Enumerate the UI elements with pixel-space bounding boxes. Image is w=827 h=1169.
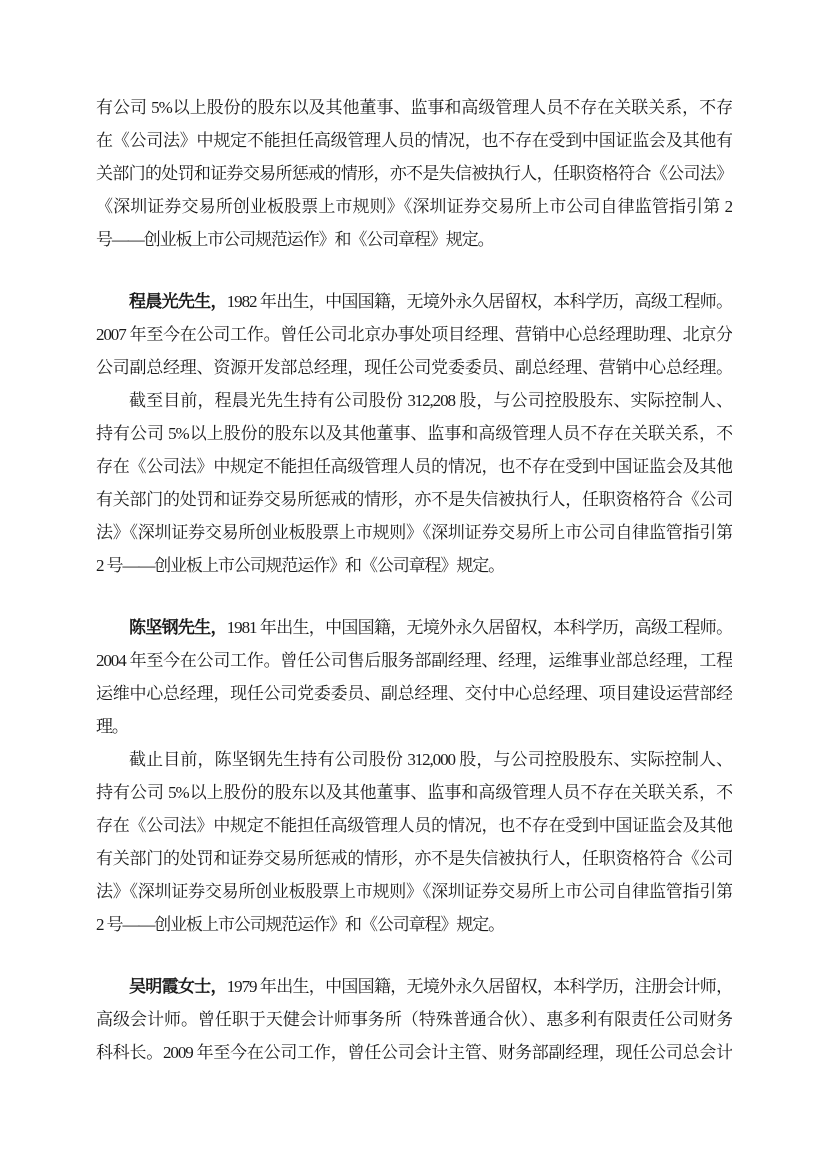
text-line: 截止目前，陈坚钢先生持有公司股份 312,000 股，与公司控股股东、实际控制人…: [96, 743, 732, 776]
text-line: 高级会计师。曾任职于天健会计师事务所（特殊普通合伙）、惠多利有限责任公司财务: [96, 1003, 732, 1036]
bio-intro-chen-jiangang: 陈坚钢先生，1981 年出生，中国国籍，无境外永久居留权，本科学历，高级工程师。…: [96, 611, 732, 743]
holdings-cheng-chenguang: 截至目前，程晨光先生持有公司股份 312,208 股，与公司控股股东、实际控制人…: [96, 384, 732, 582]
text-line: 存在《公司法》中规定不能担任高级管理人员的情况，也不存在受到中国证监会及其他: [96, 450, 732, 483]
text-line: 理。: [96, 710, 732, 743]
text-line: 2 号——创业板上市公司规范运作》和《公司章程》规定。: [96, 549, 732, 582]
bio-opening-text: 1979 年出生，中国国籍，无境外永久居留权，本科学历，注册会计师，: [227, 977, 732, 996]
text-block: 有公司 5%以上股份的股东以及其他董事、监事和高级管理人员不存在关联关系，不存 …: [96, 91, 732, 1069]
bio-intro-wu-mingxia: 吴明霞女士，1979 年出生，中国国籍，无境外永久居留权，本科学历，注册会计师，…: [96, 970, 732, 1069]
text-line: 有公司 5%以上股份的股东以及其他董事、监事和高级管理人员不存在关联关系，不存: [96, 91, 732, 124]
section-gap: [96, 256, 732, 285]
paragraph-continuation: 有公司 5%以上股份的股东以及其他董事、监事和高级管理人员不存在关联关系，不存 …: [96, 91, 732, 256]
holdings-chen-jiangang: 截止目前，陈坚钢先生持有公司股份 312,000 股，与公司控股股东、实际控制人…: [96, 743, 732, 941]
text-line: 有关部门的处罚和证券交易所惩戒的情形，亦不是失信被执行人，任职资格符合《公司: [96, 483, 732, 516]
text-line: 2007 年至今在公司工作。曾任公司北京办事处项目经理、营销中心总经理助理、北京…: [96, 318, 732, 351]
person-name-bold: 吴明霞女士，: [129, 977, 227, 996]
text-line: 截至目前，程晨光先生持有公司股份 312,208 股，与公司控股股东、实际控制人…: [96, 384, 732, 417]
text-line: 有关部门的处罚和证券交易所惩戒的情形，亦不是失信被执行人，任职资格符合《公司: [96, 842, 732, 875]
section-gap: [96, 941, 732, 970]
section-gap: [96, 582, 732, 611]
bio-intro-cheng-chenguang: 程晨光先生，1982 年出生，中国国籍，无境外永久居留权，本科学历，高级工程师。…: [96, 285, 732, 384]
document-page: 有公司 5%以上股份的股东以及其他董事、监事和高级管理人员不存在关联关系，不存 …: [0, 0, 827, 1169]
text-line: 法》《深圳证券交易所创业板股票上市规则》《深圳证券交易所上市公司自律监管指引第: [96, 516, 732, 549]
person-name-bold: 陈坚钢先生，: [129, 618, 227, 637]
text-line: 在《公司法》中规定不能担任高级管理人员的情况，也不存在受到中国证监会及其他有: [96, 124, 732, 157]
text-line: 2 号——创业板上市公司规范运作》和《公司章程》规定。: [96, 908, 732, 941]
text-line: 法》《深圳证券交易所创业板股票上市规则》《深圳证券交易所上市公司自律监管指引第: [96, 875, 732, 908]
text-line: 程晨光先生，1982 年出生，中国国籍，无境外永久居留权，本科学历，高级工程师。: [96, 285, 732, 318]
text-line: 陈坚钢先生，1981 年出生，中国国籍，无境外永久居留权，本科学历，高级工程师。: [96, 611, 732, 644]
text-line: 《深圳证券交易所创业板股票上市规则》《深圳证券交易所上市公司自律监管指引第 2: [96, 190, 732, 223]
text-line: 号——创业板上市公司规范运作》和《公司章程》规定。: [96, 223, 732, 256]
text-line: 关部门的处罚和证券交易所惩戒的情形，亦不是失信被执行人，任职资格符合《公司法》: [96, 157, 732, 190]
bio-opening-text: 1981 年出生，中国国籍，无境外永久居留权，本科学历，高级工程师。: [227, 618, 732, 637]
text-line: 持有公司 5%以上股份的股东以及其他董事、监事和高级管理人员不存在关联关系，不: [96, 417, 732, 450]
text-line: 科科长。2009 年至今在公司工作，曾任公司会计主管、财务部副经理，现任公司总会…: [96, 1036, 732, 1069]
text-line: 存在《公司法》中规定不能担任高级管理人员的情况，也不存在受到中国证监会及其他: [96, 809, 732, 842]
text-line: 持有公司 5%以上股份的股东以及其他董事、监事和高级管理人员不存在关联关系，不: [96, 776, 732, 809]
person-name-bold: 程晨光先生，: [129, 292, 227, 311]
text-line: 运维中心总经理，现任公司党委委员、副总经理、交付中心总经理、项目建设运营部经: [96, 677, 732, 710]
text-line: 2004 年至今在公司工作。曾任公司售后服务部副经理、经理，运维事业部总经理，工…: [96, 644, 732, 677]
bio-opening-text: 1982 年出生，中国国籍，无境外永久居留权，本科学历，高级工程师。: [227, 292, 732, 311]
text-line: 公司副总经理、资源开发部总经理，现任公司党委委员、副总经理、营销中心总经理。: [96, 351, 732, 384]
text-line: 吴明霞女士，1979 年出生，中国国籍，无境外永久居留权，本科学历，注册会计师，: [96, 970, 732, 1003]
